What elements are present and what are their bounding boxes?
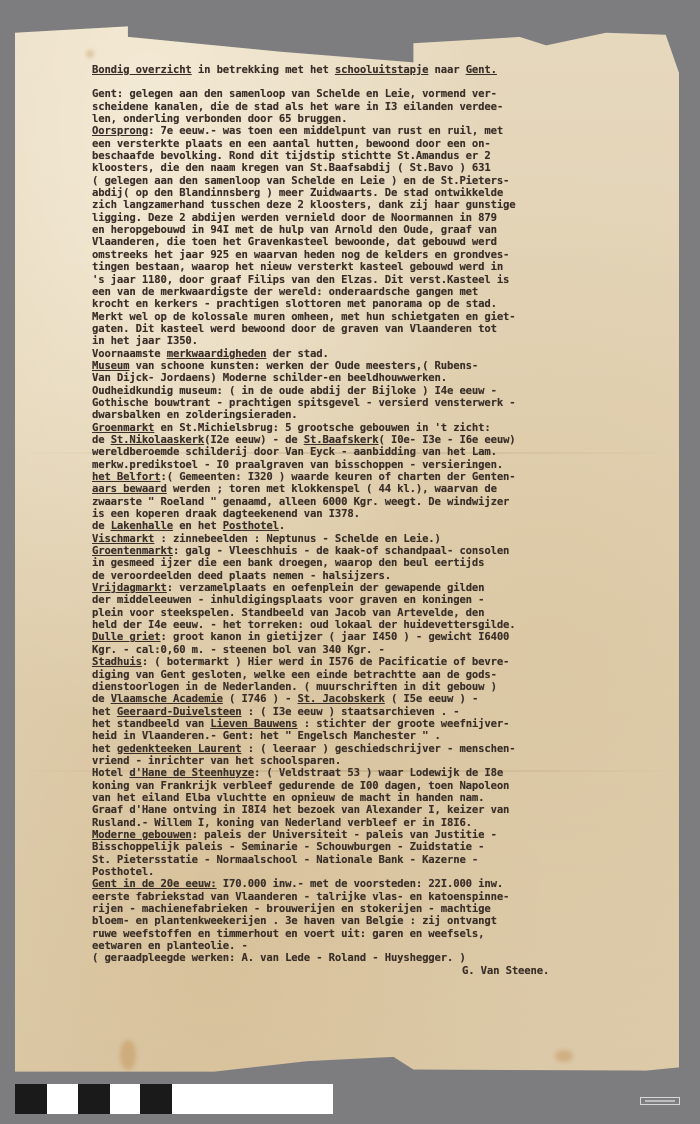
text-run: wereldberoemde schilderij door Van Eyck … (92, 446, 497, 458)
text-line: en heropgebouwd in 94I met de hulp van A… (92, 224, 652, 236)
text-line: een versterkte plaats en een aantal hutt… (92, 138, 652, 150)
text-line: het Belfort:( Gemeenten: I320 ) waarde k… (92, 471, 652, 483)
text-run: Gothische bouwtrant - prachtigen spitsge… (92, 397, 516, 409)
text-line: zich langzamerhand tusschen deze 2 kloos… (92, 199, 652, 211)
text-run: rijen - machienefabrieken - brouwerijen … (92, 903, 491, 915)
text-run: Vlaanderen, die toen het Gravenkasteel b… (92, 236, 497, 248)
text-line: krocht en kerkers - prachtigen slottoren… (92, 298, 652, 310)
text-run: een versterkte plaats en een aantal hutt… (92, 138, 491, 150)
text-run: merkw.predikstoel - I0 praalgraven van b… (92, 459, 503, 471)
text-run: scheidene kanalen, die de stad als het w… (92, 101, 503, 113)
scale-patch-white (172, 1084, 333, 1114)
text-run: der middeleeuwen - inhuldigingsplaats vo… (92, 594, 484, 606)
text-run: 's jaar 1180, door graaf Filips van den … (92, 274, 509, 286)
text-line: Merkt wel op de kolossale muren omheen, … (92, 311, 652, 323)
text-run: : galg - Vleeschhuis - de kaak-of schand… (173, 545, 509, 557)
document-title: Bondig overzicht in betrekking met het s… (92, 64, 652, 76)
text-line: Van Dijck- Jordaens) Moderne schilder-en… (92, 372, 652, 384)
text-run: . (279, 520, 285, 532)
text-line: het Geeraard-Duivelsteen : ( I3e eeuw ) … (92, 706, 652, 718)
text-line: bloem- en plantenkweekerijen . 3e haven … (92, 915, 652, 927)
text-run: der stad. (266, 348, 328, 360)
underlined-heading: Vlaamsche Academie (111, 693, 223, 705)
underlined-heading: d'Hane de Steenhuyze (129, 767, 254, 779)
text-run: dwarsbalken en zolderingsieraden. (92, 409, 298, 421)
text-run: de (92, 693, 111, 705)
text-run: werden ; toren met klokkenspel ( 44 kl.)… (167, 483, 497, 495)
scale-patch-black (140, 1084, 172, 1114)
underlined-heading: Bondig overzicht (92, 64, 192, 76)
text-line: ruwe weefstoffen en timmerhout en voert … (92, 928, 652, 940)
text-run: in betrekking met het (192, 64, 335, 76)
text-run: : ( botermarkt ) Hier werd in I576 de Pa… (142, 656, 509, 668)
underlined-heading: Lieven Bauwens (210, 718, 297, 730)
underlined-heading: Vrijdagmarkt (92, 582, 167, 594)
text-run: vriend - inrichter van het schoolsparen. (92, 755, 341, 767)
text-line: Graaf d'Hane ontving in I8I4 het bezoek … (92, 804, 652, 816)
text-run: eerste fabriekstad van Vlaanderen - talr… (92, 891, 509, 903)
text-line: de veroordeelden deed plaats nemen - hal… (92, 570, 652, 582)
underlined-heading: Museum (92, 360, 129, 372)
text-line: Rusland.- Willem I, koning van Nederland… (92, 817, 652, 829)
underlined-heading: Oorsprong (92, 125, 148, 137)
text-line: het gedenkteeken Laurent : ( leeraar ) g… (92, 743, 652, 755)
text-line: zwaarste " Roeland " genaamd, alleen 600… (92, 496, 652, 508)
text-run: held der I4e eeuw. - het torreken: oud l… (92, 619, 516, 631)
text-line: Stadhuis: ( botermarkt ) Hier werd in I5… (92, 656, 652, 668)
text-line: tingen bestaan, waarop het nieuw verster… (92, 261, 652, 273)
scale-bar-icon (640, 1097, 680, 1105)
text-run: : 7e eeuw.- was toen een middelpunt van … (148, 125, 503, 137)
text-run: eetwaren en planteolie. - (92, 940, 248, 952)
text-run: St. Pietersstatie - Normaalschool - Nati… (92, 854, 478, 866)
text-run: het (92, 743, 117, 755)
text-line: kloosters, die den naam kregen van St.Ba… (92, 162, 652, 174)
text-line: heid in Vlaanderen.- Gent: het " Engelsc… (92, 730, 652, 742)
text-line: scheidene kanalen, die de stad als het w… (92, 101, 652, 113)
text-line: Gent: gelegen aan den samenloop van Sche… (92, 88, 652, 100)
underlined-heading: aars bewaard (92, 483, 167, 495)
text-line: Bisschoppelijk paleis - Seminarie - Scho… (92, 841, 652, 853)
text-run: Voornaamste (92, 348, 167, 360)
text-run: in het jaar I350. (92, 335, 198, 347)
text-run: omstreeks het jaar 925 en waarvan heden … (92, 249, 509, 261)
text-run: de veroordeelden deed plaats nemen - hal… (92, 570, 391, 582)
text-run: Gent: gelegen aan den samenloop van Sche… (92, 88, 497, 100)
text-run: Oudheidkundig museum: ( in de oude abdij… (92, 385, 497, 397)
text-run: :( Gemeenten: I320 ) waarde keuren of ch… (161, 471, 516, 483)
text-run: : ( I3e eeuw ) staatsarchieven . - (241, 706, 459, 718)
text-run: Posthotel. (92, 866, 154, 878)
rust-stain (86, 50, 94, 58)
text-line: der middeleeuwen - inhuldigingsplaats vo… (92, 594, 652, 606)
text-run: Graaf d'Hane ontving in I8I4 het bezoek … (92, 804, 509, 816)
text-run: bloem- en plantenkweekerijen . 3e haven … (92, 915, 497, 927)
document-body: Gent: gelegen aan den samenloop van Sche… (92, 88, 652, 964)
text-run: len, onderling verbonden door 65 bruggen… (92, 113, 347, 125)
text-line: gaten. Dit kasteel werd bewoond door de … (92, 323, 652, 335)
text-run: tingen bestaan, waarop het nieuw verster… (92, 261, 503, 273)
text-run: diging van Gent gesloten, welke een eind… (92, 669, 497, 681)
text-run: dienstoorlogen in de Nederlanden. ( muur… (92, 681, 497, 693)
text-run: de (92, 434, 111, 446)
text-run: Van Dijck- Jordaens) Moderne schilder-en… (92, 372, 447, 384)
text-line: in gesmeed ijzer die een bank droegen, w… (92, 557, 652, 569)
text-run: en St.Michielsbrug: 5 grootsche gebouwen… (154, 422, 490, 434)
scale-patch-black (15, 1084, 47, 1114)
text-run: heid in Vlaanderen.- Gent: het " Engelsc… (92, 730, 441, 742)
text-line: omstreeks het jaar 925 en waarvan heden … (92, 249, 652, 261)
text-run: zich langzamerhand tusschen deze 2 kloos… (92, 199, 516, 211)
text-run: ( I746 ) - (223, 693, 298, 705)
text-line: Posthotel. (92, 866, 652, 878)
text-line: in het jaar I350. (92, 335, 652, 347)
scale-patch-black (78, 1084, 110, 1114)
text-run: : ( Veldstraat 53 ) waar Lodewijk de I8e (254, 767, 503, 779)
text-line: Vlaanderen, die toen het Gravenkasteel b… (92, 236, 652, 248)
underlined-heading: schooluitstapje (335, 64, 428, 76)
text-line: eerste fabriekstad van Vlaanderen - talr… (92, 891, 652, 903)
text-run: ligging. Deze 2 abdijen werden vernield … (92, 212, 497, 224)
text-line: ( geraadpleegde werken: A. van Lede - Ro… (92, 952, 652, 964)
text-line: Moderne gebouwen: paleis der Universitei… (92, 829, 652, 841)
text-run: Kgr. - cal:0,60 m. - steenen bol van 340… (92, 644, 385, 656)
text-run: de (92, 520, 111, 532)
text-run: krocht en kerkers - prachtigen slottoren… (92, 298, 497, 310)
text-run: abdij( op den Blandinnsberg ) meer Zuidw… (92, 187, 503, 199)
text-line: Voornaamste merkwaardigheden der stad. (92, 348, 652, 360)
underlined-heading: Stadhuis (92, 656, 142, 668)
text-line: Oudheidkundig museum: ( in de oude abdij… (92, 385, 652, 397)
text-line: vriend - inrichter van het schoolsparen. (92, 755, 652, 767)
text-run: (I2e eeuw) - de (204, 434, 304, 446)
underlined-heading: Gent. (466, 64, 497, 76)
text-run: en heropgebouwd in 94I met de hulp van A… (92, 224, 497, 236)
signature: G. Van Steene. (92, 965, 652, 977)
scale-patch-white (110, 1084, 140, 1114)
text-run: het (92, 706, 117, 718)
text-line: ligging. Deze 2 abdijen werden vernield … (92, 212, 652, 224)
text-run: en het (173, 520, 223, 532)
text-line: rijen - machienefabrieken - brouwerijen … (92, 903, 652, 915)
underlined-heading: St. Jacobskerk (298, 693, 385, 705)
text-run: ruwe weefstoffen en timmerhout en voert … (92, 928, 484, 940)
text-line: len, onderling verbonden door 65 bruggen… (92, 113, 652, 125)
text-run: zwaarste " Roeland " genaamd, alleen 600… (92, 496, 509, 508)
text-line: Groentenmarkt: galg - Vleeschhuis - de k… (92, 545, 652, 557)
rust-stain (555, 1050, 573, 1062)
text-line: is een koperen draak dagteekenend van I3… (92, 508, 652, 520)
text-run: een van de merkwaardigste der wereld: on… (92, 286, 478, 298)
text-run: : verzamelplaats en oefenplein der gewap… (167, 582, 485, 594)
underlined-heading: St.Baafskerk (304, 434, 379, 446)
underlined-heading: Vischmarkt (92, 533, 154, 545)
text-run: kloosters, die den naam kregen van St.Ba… (92, 162, 491, 174)
text-run: gaten. Dit kasteel werd bewoond door de … (92, 323, 497, 335)
underlined-heading: Moderne gebouwen (92, 829, 192, 841)
text-line: het standbeeld van Lieven Bauwens : stic… (92, 718, 652, 730)
text-run: in gesmeed ijzer die een bank droegen, w… (92, 557, 484, 569)
text-line: Hotel d'Hane de Steenhuyze: ( Veldstraat… (92, 767, 652, 779)
underlined-heading: het Belfort (92, 471, 161, 483)
text-run: Bisschoppelijk paleis - Seminarie - Scho… (92, 841, 484, 853)
text-run: : ( leeraar ) geschiedschrijver - mensch… (241, 743, 515, 755)
text-line: Gent in de 20e eeuw: I70.000 inw.- met d… (92, 878, 652, 890)
text-run: ( gelegen aan den samenloop van Schelde … (92, 175, 509, 187)
text-line: de Lakenhalle en het Posthotel. (92, 520, 652, 532)
text-line: Gothische bouwtrant - prachtigen spitsge… (92, 397, 652, 409)
text-run: plein voor steekspelen. Standbeeld van J… (92, 607, 484, 619)
text-run: Merkt wel op de kolossale muren omheen, … (92, 311, 516, 323)
text-line: een van de merkwaardigste der wereld: on… (92, 286, 652, 298)
text-run: ( geraadpleegde werken: A. van Lede - Ro… (92, 952, 466, 964)
text-run: ( I0e- I3e - I6e eeuw) (379, 434, 516, 446)
typewritten-document: Bondig overzicht in betrekking met het s… (92, 64, 652, 977)
text-line: St. Pietersstatie - Normaalschool - Nati… (92, 854, 652, 866)
text-run: koning van Frankrijk verbleef gedurende … (92, 780, 509, 792)
underlined-heading: St.Nikolaaskerk (111, 434, 204, 446)
text-run: : groot kanon in gietijzer ( jaar I450 )… (161, 631, 510, 643)
text-line: van het eiland Elba vluchtte en opnieuw … (92, 792, 652, 804)
text-line: abdij( op den Blandinnsberg ) meer Zuidw… (92, 187, 652, 199)
color-reference-scale (15, 1084, 333, 1114)
underlined-heading: Geeraard-Duivelsteen (117, 706, 242, 718)
text-line: Vrijdagmarkt: verzamelplaats en oefenple… (92, 582, 652, 594)
text-run: naar (428, 64, 465, 76)
underlined-heading: gedenkteeken Laurent (117, 743, 242, 755)
text-run: Hotel (92, 767, 129, 779)
text-line: wereldberoemde schilderij door Van Eyck … (92, 446, 652, 458)
text-line: plein voor steekspelen. Standbeeld van J… (92, 607, 652, 619)
text-run: : paleis der Universiteit - paleis van J… (192, 829, 497, 841)
text-line: beschaafde bevolking. Rond dit tijdstip … (92, 150, 652, 162)
text-run: ( I5e eeuw ) - (385, 693, 478, 705)
text-run: : zinnebeelden : Neptunus - Schelde en L… (154, 533, 441, 545)
underlined-heading: Groentenmarkt (92, 545, 173, 557)
text-line: Oorsprong: 7e eeuw.- was toen een middel… (92, 125, 652, 137)
text-line: held der I4e eeuw. - het torreken: oud l… (92, 619, 652, 631)
text-run: Rusland.- Willem I, koning van Nederland… (92, 817, 472, 829)
text-line: dienstoorlogen in de Nederlanden. ( muur… (92, 681, 652, 693)
text-line: diging van Gent gesloten, welke een eind… (92, 669, 652, 681)
text-line: Museum van schoone kunsten: werken der O… (92, 360, 652, 372)
rust-stain (120, 1040, 136, 1070)
text-run: is een koperen draak dagteekenend van I3… (92, 508, 360, 520)
text-line: Groenmarkt en St.Michielsbrug: 5 grootsc… (92, 422, 652, 434)
text-line: dwarsbalken en zolderingsieraden. (92, 409, 652, 421)
underlined-heading: Gent in de 20e eeuw: (92, 878, 217, 890)
text-line: merkw.predikstoel - I0 praalgraven van b… (92, 459, 652, 471)
text-line: ( gelegen aan den samenloop van Schelde … (92, 175, 652, 187)
underlined-heading: Groenmarkt (92, 422, 154, 434)
text-run: I70.000 inw.- met de voorsteden: 22I.000… (217, 878, 504, 890)
text-line: de Vlaamsche Academie ( I746 ) - St. Jac… (92, 693, 652, 705)
text-run: beschaafde bevolking. Rond dit tijdstip … (92, 150, 491, 162)
underlined-heading: merkwaardigheden (167, 348, 267, 360)
text-line: de St.Nikolaaskerk(I2e eeuw) - de St.Baa… (92, 434, 652, 446)
text-run: het standbeeld van (92, 718, 210, 730)
text-line: koning van Frankrijk verbleef gedurende … (92, 780, 652, 792)
underlined-heading: Dulle griet (92, 631, 161, 643)
text-run: van het eiland Elba vluchtte en opnieuw … (92, 792, 484, 804)
text-run: : stichter der groote weefnijver- (298, 718, 510, 730)
text-line: 's jaar 1180, door graaf Filips van den … (92, 274, 652, 286)
underlined-heading: Lakenhalle (111, 520, 173, 532)
scale-patch-white (47, 1084, 78, 1114)
text-line: Kgr. - cal:0,60 m. - steenen bol van 340… (92, 644, 652, 656)
text-line: Dulle griet: groot kanon in gietijzer ( … (92, 631, 652, 643)
underlined-heading: Posthotel (223, 520, 279, 532)
text-line: aars bewaard werden ; toren met klokkens… (92, 483, 652, 495)
text-line: Vischmarkt : zinnebeelden : Neptunus - S… (92, 533, 652, 545)
text-line: eetwaren en planteolie. - (92, 940, 652, 952)
text-run: van schoone kunsten: werken der Oude mee… (129, 360, 478, 372)
